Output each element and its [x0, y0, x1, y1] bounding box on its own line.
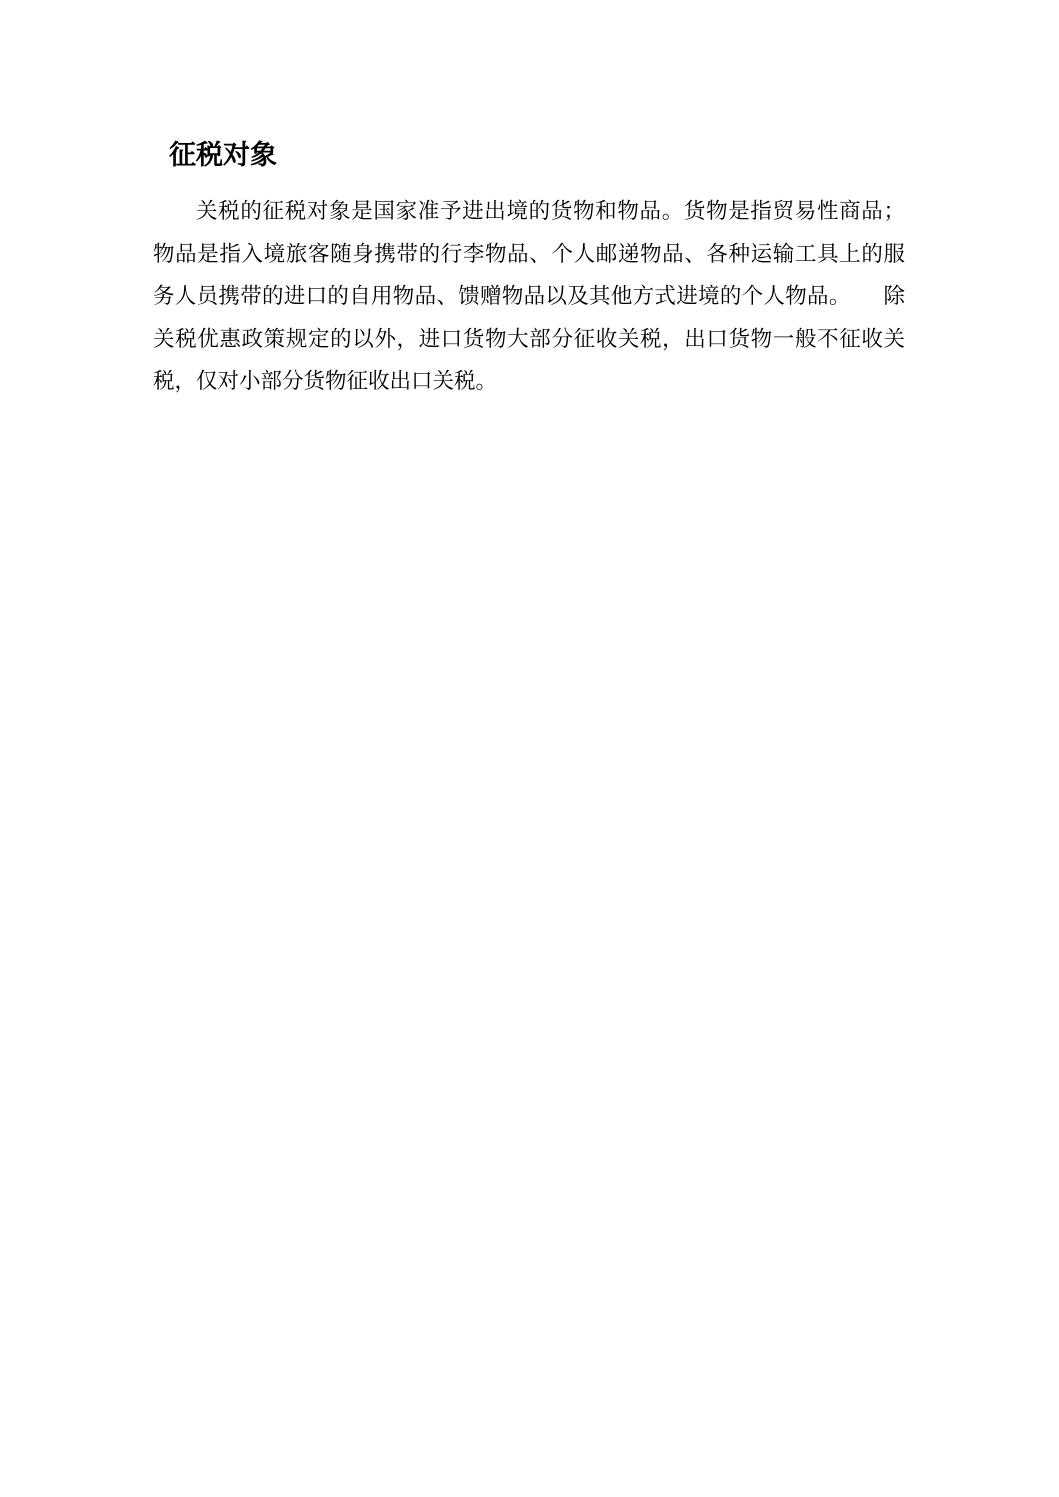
document-page: 征税对象 关税的征税对象是国家准予进出境的货物和物品。货物是指贸易性商品；物品是… [0, 0, 1059, 1497]
body-paragraph: 关税的征税对象是国家准予进出境的货物和物品。货物是指贸易性商品；物品是指入境旅客… [153, 191, 905, 404]
section-heading: 征税对象 [169, 139, 277, 173]
